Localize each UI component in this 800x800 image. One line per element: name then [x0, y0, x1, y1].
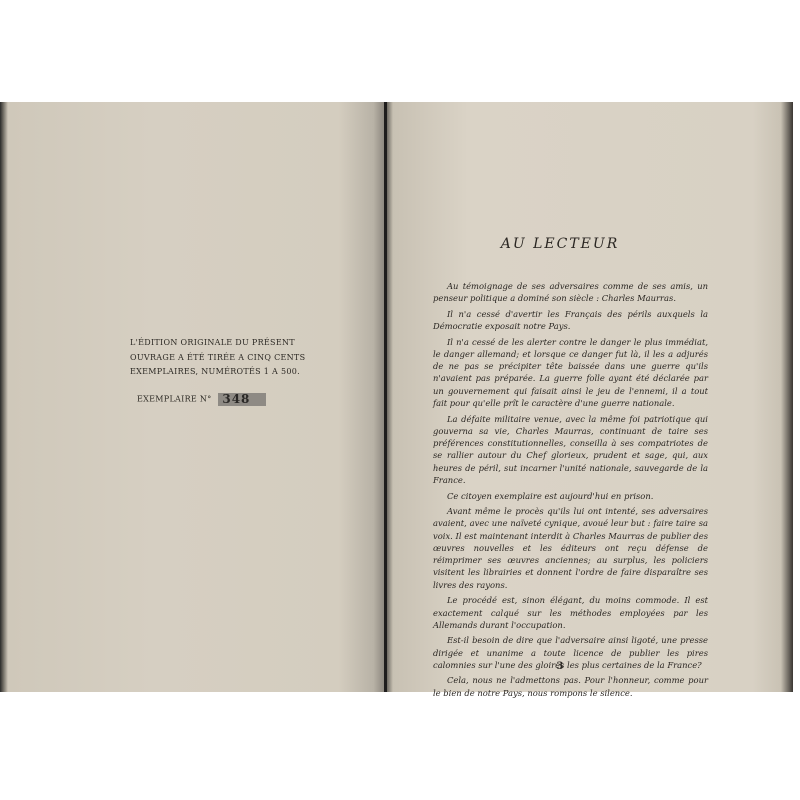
colophon-line: ouvrage a été tirée a cinq cents [130, 351, 280, 366]
colophon-line: exemplaires, numérotés 1 a 500. [130, 365, 280, 380]
paragraph: Il n'a cessé de les alerter contre le da… [433, 336, 708, 410]
page-number: 3 [410, 661, 710, 672]
paragraph: La défaite militaire venue, avec la même… [433, 413, 708, 487]
paragraph: Au témoignage de ses adversaires comme d… [433, 280, 708, 305]
colophon-notice: L'édition originale du présent ouvrage a… [130, 336, 280, 380]
paragraph: Cela, nous ne l'admettons pas. Pour l'ho… [433, 674, 708, 699]
paragraph: Il n'a cessé d'avertir les Français des … [433, 308, 708, 333]
exemplaire-line: Exemplaire n° 348 [137, 393, 266, 406]
body-text: Au témoignage de ses adversaires comme d… [433, 280, 708, 702]
exemplaire-number-stamp: 348 [218, 393, 266, 406]
exemplaire-label: Exemplaire n° [137, 395, 212, 404]
paragraph: Avant même le procès qu'ils lui ont inte… [433, 505, 708, 591]
chapter-title: AU LECTEUR [410, 236, 710, 252]
colophon-line: L'édition originale du présent [130, 336, 280, 351]
paragraph: Ce citoyen exemplaire est aujourd'hui en… [433, 490, 708, 502]
paragraph: Le procédé est, sinon élégant, du moins … [433, 594, 708, 631]
